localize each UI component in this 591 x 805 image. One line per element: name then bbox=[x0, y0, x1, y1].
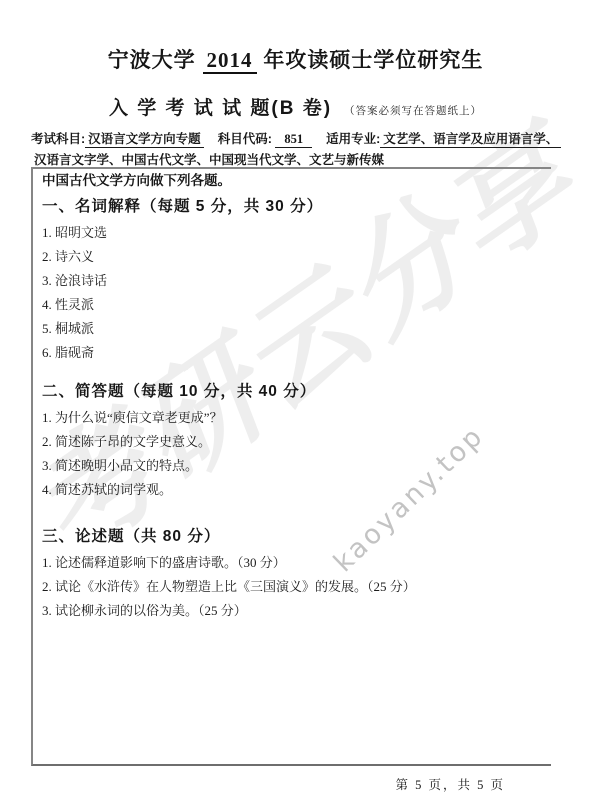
section-essay: 三、论述题（共 80 分） 1. 论述儒释道影响下的盛唐诗歌。（30 分） 2.… bbox=[42, 526, 542, 619]
question-item: 2. 诗六义 bbox=[42, 248, 542, 265]
question-item: 4. 简述苏轼的词学观。 bbox=[42, 481, 542, 498]
exam-year: 2014 bbox=[203, 48, 257, 74]
exam-paper-page: { "header": { "title_line1": { "universi… bbox=[0, 0, 591, 805]
header: 宁波大学 2014 年攻读硕士学位研究生 入 学 考 试 试 题(B 卷) （答… bbox=[0, 44, 591, 170]
code-value: 851 bbox=[275, 132, 312, 148]
page-title-line1: 宁波大学 2014 年攻读硕士学位研究生 bbox=[0, 44, 591, 74]
university-name: 宁波大学 bbox=[108, 49, 196, 72]
meta-line-1: 考试科目:汉语言文学方向专题科目代码: 851适用专业:文艺学、语言学及应用语言… bbox=[31, 129, 560, 149]
question-item: 6. 脂砚斋 bbox=[42, 344, 542, 361]
page-number: 第 5 页，共 5 页 bbox=[31, 775, 505, 793]
section-term-explanation: 一、名词解释（每题 5 分，共 30 分） 1. 昭明文选 2. 诗六义 3. … bbox=[42, 196, 542, 361]
exam-body-box: 中国古代文学方向做下列各题。 一、名词解释（每题 5 分，共 30 分） 1. … bbox=[31, 167, 551, 766]
section-2-heading: 二、简答题（每题 10 分，共 40 分） bbox=[42, 381, 542, 402]
question-item: 3. 简述晚明小品文的特点。 bbox=[42, 457, 542, 474]
question-item: 5. 桐城派 bbox=[42, 320, 542, 337]
subject-label: 考试科目: bbox=[31, 132, 85, 146]
code-label: 科目代码: bbox=[218, 132, 272, 146]
exam-meta: 考试科目:汉语言文学方向专题科目代码: 851适用专业:文艺学、语言学及应用语言… bbox=[31, 129, 560, 170]
exam-title: 入 学 考 试 试 题(B 卷) bbox=[109, 98, 332, 119]
question-item: 3. 沧浪诗话 bbox=[42, 272, 542, 289]
subject-value: 汉语言文学方向专题 bbox=[85, 132, 204, 148]
question-item: 2. 简述陈子昂的文学史意义。 bbox=[42, 433, 542, 450]
question-item: 4. 性灵派 bbox=[42, 296, 542, 313]
section-short-answer: 二、简答题（每题 10 分，共 40 分） 1. 为什么说“庾信文章老更成”？ … bbox=[42, 381, 542, 498]
section-1-heading: 一、名词解释（每题 5 分，共 30 分） bbox=[42, 196, 542, 217]
question-item: 1. 昭明文选 bbox=[42, 224, 542, 241]
major-value-line1: 文艺学、语言学及应用语言学、 bbox=[380, 132, 561, 148]
title-suffix: 年攻读硕士学位研究生 bbox=[263, 49, 483, 72]
page-title-line2: 入 学 考 试 试 题(B 卷) （答案必须写在答题纸上） bbox=[0, 93, 591, 120]
question-item: 2. 试论《水浒传》在人物塑造上比《三国演义》的发展。（25 分） bbox=[42, 578, 542, 595]
question-item: 1. 论述儒释道影响下的盛唐诗歌。（30 分） bbox=[42, 554, 542, 571]
direction-instruction: 中国古代文学方向做下列各题。 bbox=[42, 172, 542, 190]
section-3-heading: 三、论述题（共 80 分） bbox=[42, 526, 542, 547]
question-item: 3. 试论柳永词的以俗为美。（25 分） bbox=[42, 602, 542, 619]
question-item: 1. 为什么说“庾信文章老更成”？ bbox=[42, 409, 542, 426]
answer-sheet-note: （答案必须写在答题纸上） bbox=[344, 106, 482, 117]
major-label: 适用专业: bbox=[326, 132, 380, 146]
